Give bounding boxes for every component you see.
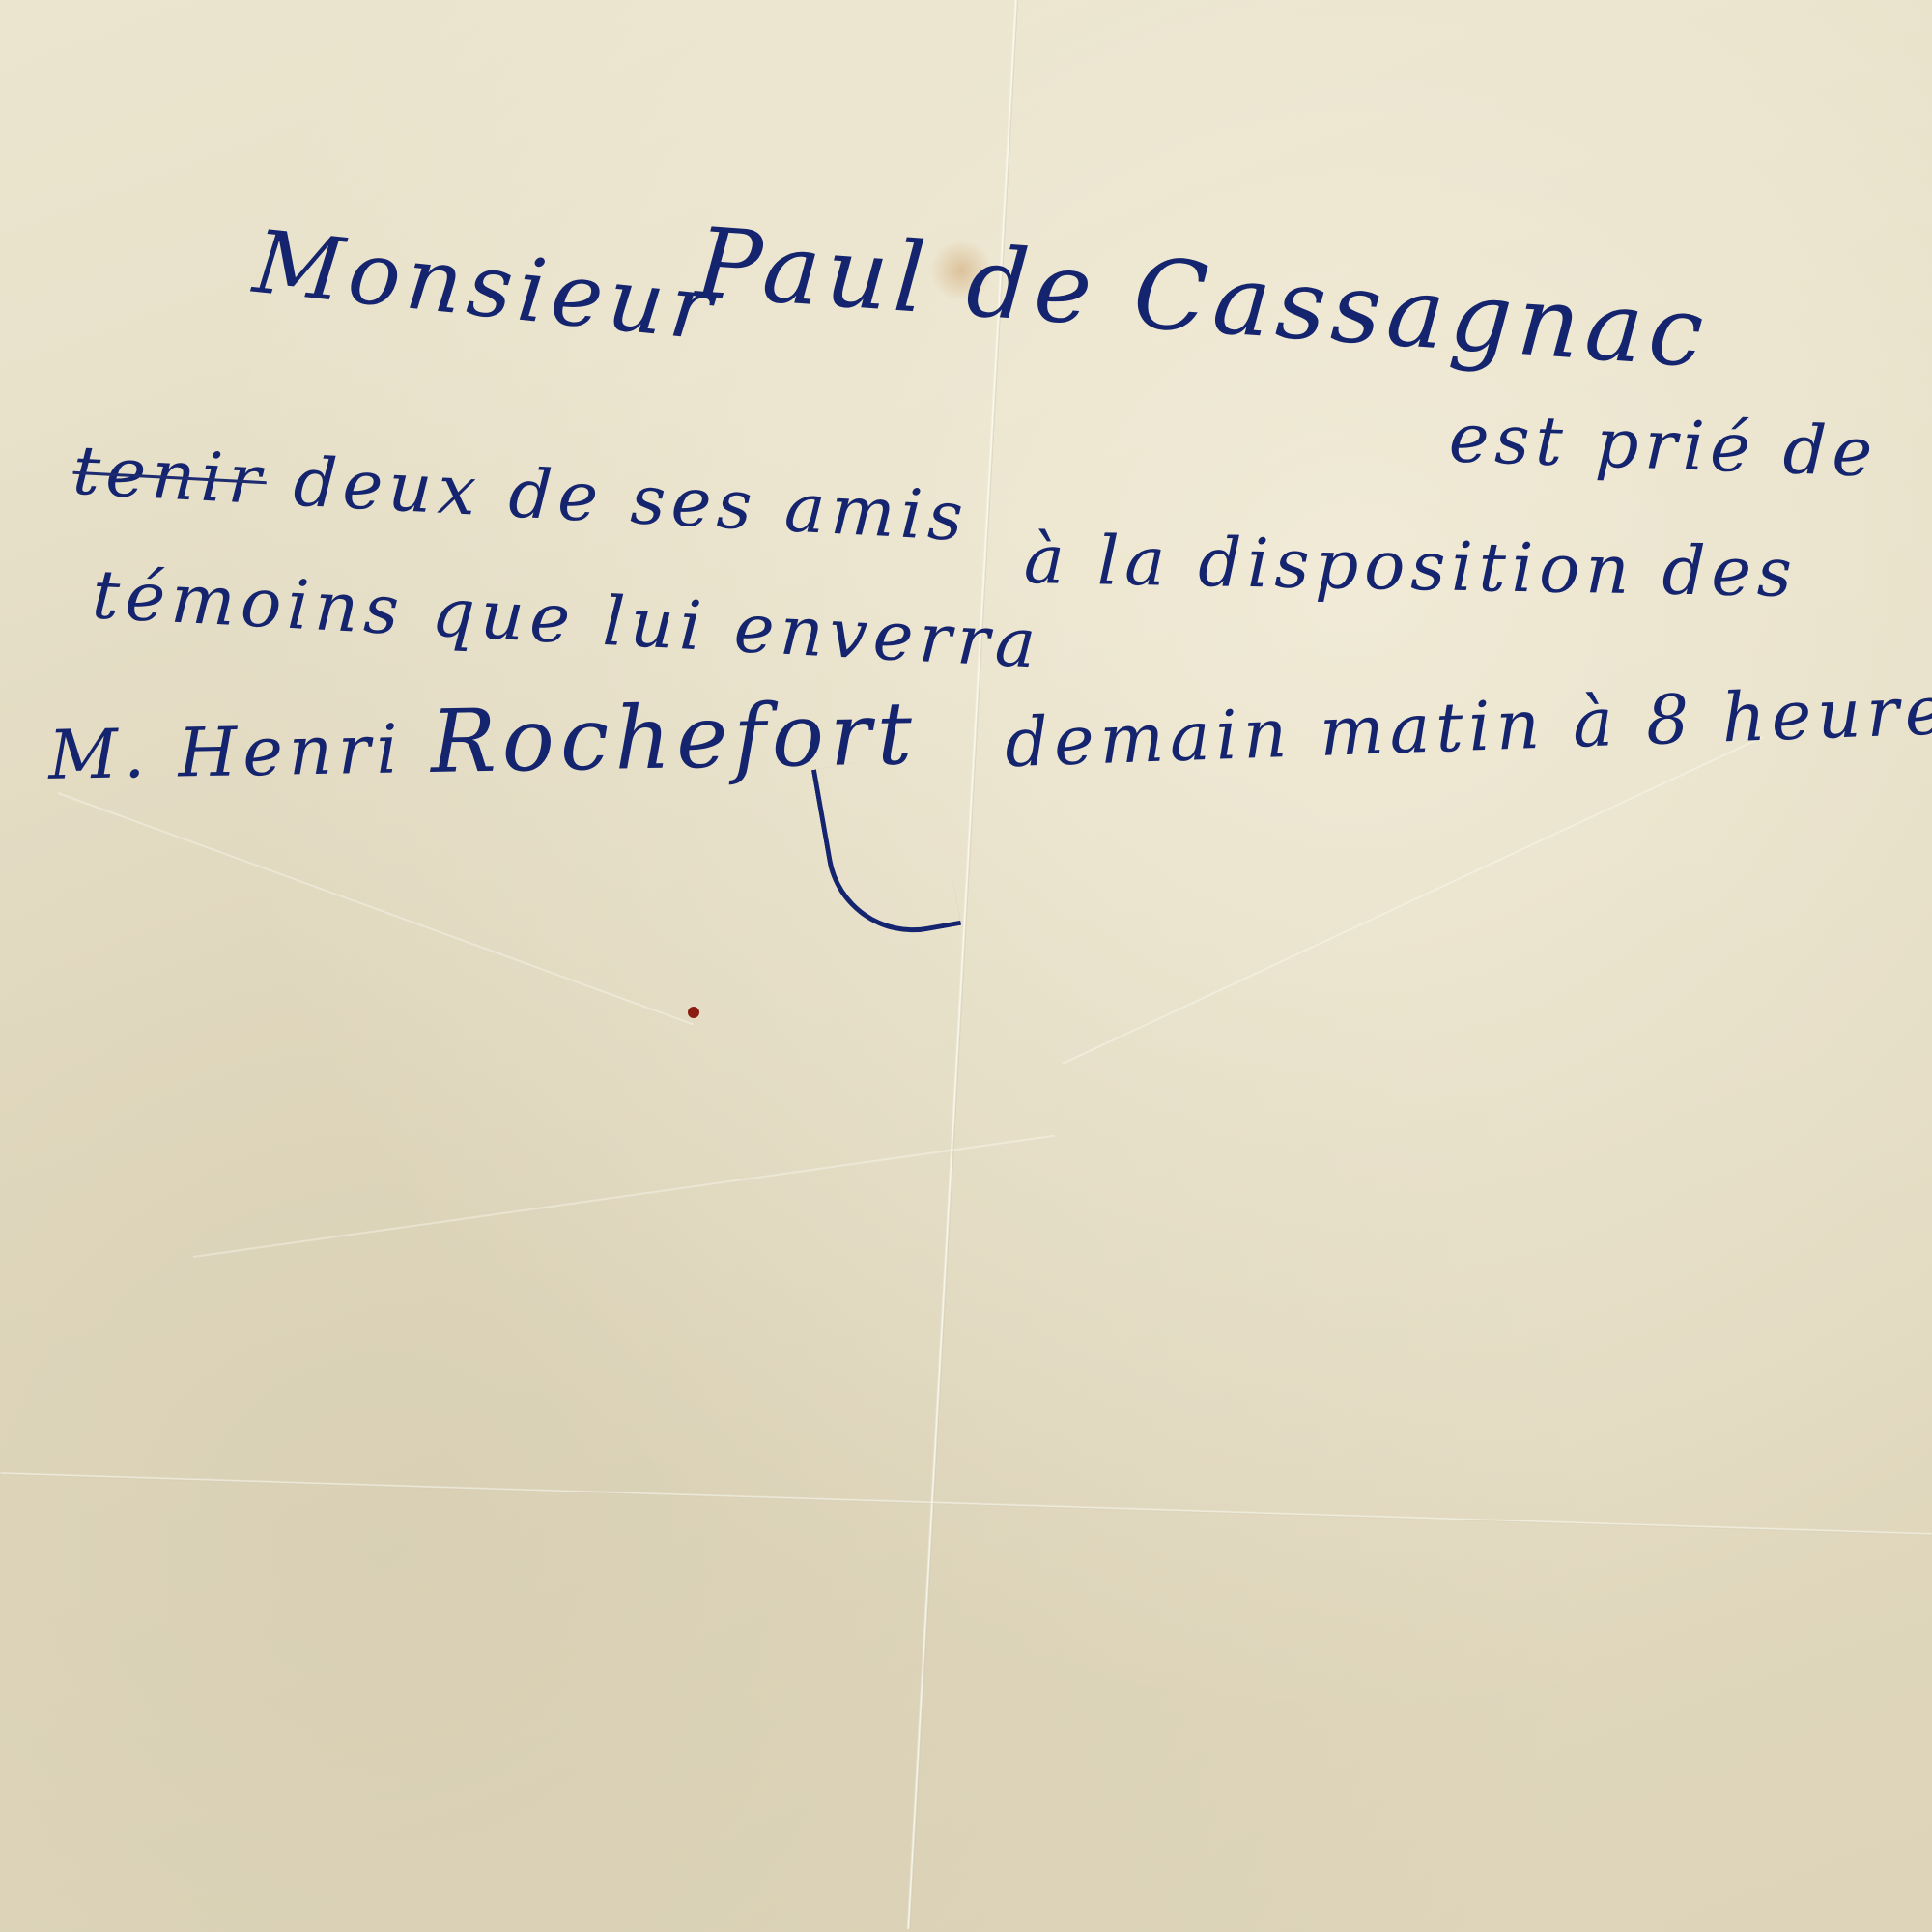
line2-tail-text: à la disposition des <box>1023 520 1798 612</box>
red-ink-dot <box>688 1007 699 1018</box>
line1-text: est prié de <box>1448 398 1880 492</box>
line1-rest: est prié de <box>1448 398 1880 492</box>
line4-prefix: M. Henri <box>47 709 404 794</box>
line4: M. Henri Rochefort <box>47 683 919 800</box>
struck-word: tenir <box>71 431 269 520</box>
line2-tail: à la disposition des <box>1023 520 1798 612</box>
